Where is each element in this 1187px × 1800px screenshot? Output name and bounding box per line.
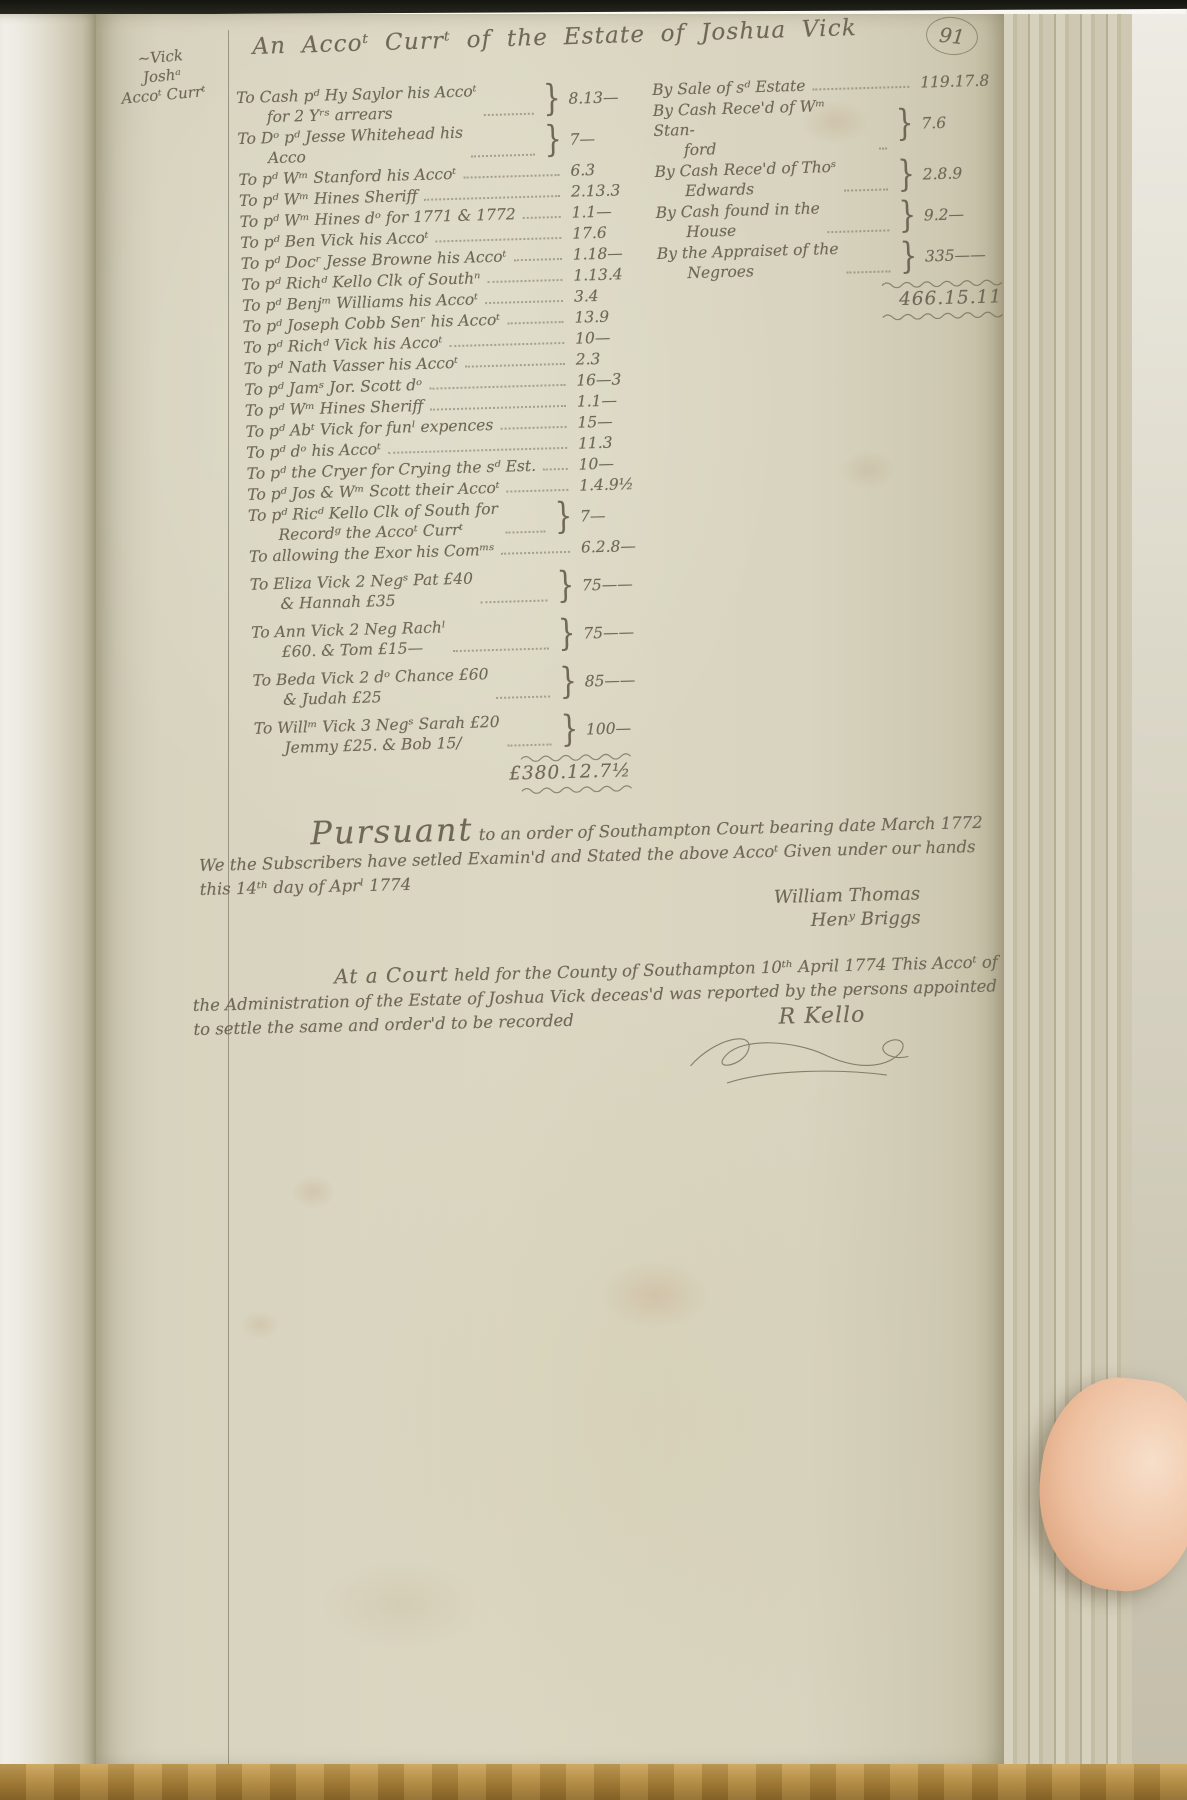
entry-description: By the Appraiset of theNegroes (657, 239, 840, 284)
brace-mark: } (544, 124, 562, 157)
dotted-leader (465, 362, 565, 368)
dotted-leader (523, 215, 561, 219)
entry-amount: 75—— (579, 622, 654, 644)
entry-amount: 15— (573, 411, 648, 433)
dotted-leader (844, 187, 888, 191)
ledger-entry: To Ann Vick 2 Neg Rachˡ£60. & Tom £15—}7… (251, 612, 654, 663)
dotted-leader (463, 173, 559, 179)
entry-amount: 1.4.9½ (575, 474, 650, 496)
entry-amount: 100— (582, 718, 657, 740)
dotted-leader (388, 446, 567, 454)
dotted-leader (506, 530, 546, 534)
entry-description: By Cash found in theHouse (655, 198, 820, 243)
margin-note: ~VickJoshᵃAccoᵗ Currᵗ (98, 43, 226, 111)
dotted-leader (507, 742, 551, 746)
entry-line: House (686, 218, 821, 242)
entry-amount: 6.3 (566, 159, 641, 181)
dotted-leader (453, 646, 549, 652)
brace-mark: } (898, 199, 916, 232)
brace-mark: } (900, 240, 918, 273)
entry-amount: 119.17.8 (916, 70, 1001, 92)
court-record-paragraph: At a Court held for the County of Southa… (192, 948, 1017, 1110)
brace-mark: } (543, 83, 561, 116)
entry-amount: 1.13.4 (569, 264, 644, 286)
brace-mark: } (555, 501, 573, 534)
entry-amount: 16—3 (572, 369, 647, 391)
dotted-leader (429, 383, 565, 390)
dotted-leader (846, 269, 890, 273)
entry-amount: 17.6 (568, 222, 643, 244)
dotted-leader (485, 299, 563, 304)
entry-amount: 1.1— (567, 201, 642, 223)
certification-lead-word: Pursuant (310, 810, 474, 852)
brace-mark: } (558, 618, 576, 651)
entry-description: To Eliza Vick 2 Negˢ Pat £40& Hannah £35 (250, 569, 474, 615)
certification-paragraph: Pursuant to an order of Southampton Cour… (198, 798, 1013, 948)
entry-description: To pᵈ dᵒ his Accoᵗ (246, 439, 381, 463)
debit-entries: To Cash pᵈ Hy Saylor his Accoᵗfor 2 Yʳˢ … (236, 77, 657, 759)
book-gutter-page-stack (0, 14, 100, 1774)
brace-mark: } (559, 666, 577, 699)
entry-line: By Cash Rece'd of Wᵐ Stan- (653, 95, 872, 141)
entry-amount: 10— (574, 453, 649, 475)
entry-amount: 11.3 (574, 432, 649, 454)
dotted-leader (425, 194, 561, 201)
brace-mark: } (561, 713, 579, 746)
entry-amount: 13.9 (570, 306, 645, 328)
entry-amount: 8.13— (564, 87, 639, 109)
dotted-leader (484, 112, 534, 116)
dotted-leader (481, 599, 548, 604)
entry-line: Edwards (685, 177, 837, 201)
ledger-entry: By Cash Rece'd of Wᵐ Stan-ford}7.6 (653, 91, 1003, 161)
dotted-leader (436, 236, 562, 243)
entry-amount: 6.2.8— (577, 536, 652, 558)
entry-line: & Hannah £35 (280, 589, 474, 614)
dotted-leader (496, 694, 550, 699)
photographed-ledger-page: { "page": { "number": "91", "margin_note… (0, 0, 1187, 1800)
entry-amount: 9.2— (920, 203, 1005, 225)
debit-total: £380.12.7½ (509, 760, 632, 784)
court-record-lead-words: At a Court (334, 962, 449, 989)
dotted-leader (430, 404, 566, 411)
signature: William Thomas (774, 882, 921, 910)
entry-amount: 2.3 (571, 348, 646, 370)
entry-description: To pᵈ Ricᵈ Kello Clk of South forRecordᵍ… (248, 499, 499, 546)
entry-line: Negroes (687, 259, 839, 283)
entry-description: To Dᵒ pᵈ Jesse Whitehead hisAcco (237, 123, 464, 169)
brace-mark: } (897, 158, 915, 191)
dotted-leader (501, 550, 570, 555)
entry-amount: 3.4 (570, 285, 645, 307)
entry-description: To Willᵐ Vick 3 Negˢ Sarah £20Jemmy £25.… (254, 712, 501, 759)
entry-description: To Ann Vick 2 Neg Rachˡ£60. & Tom £15— (251, 617, 446, 662)
credit-column: By Sale of sᵈ Estate119.17.8By Cash Rece… (652, 70, 1007, 327)
dotted-leader (507, 488, 569, 493)
dotted-leader (812, 85, 909, 91)
dotted-leader (543, 467, 568, 471)
entry-amount: 2.8.9 (918, 162, 1003, 184)
signature: Henʸ Briggs (810, 906, 920, 933)
entry-amount: 7.6 (917, 111, 1001, 133)
entry-amount: 1.18— (569, 243, 644, 265)
entry-amount: 7— (565, 128, 640, 150)
dotted-leader (500, 425, 566, 430)
dotted-leader (513, 257, 561, 261)
entry-description: To Cash pᵈ Hy Saylor his Accoᵗfor 2 Yʳˢ … (236, 81, 477, 128)
ledger-entry: By the Appraiset of theNegroes}335—— (657, 234, 1006, 284)
credit-total: 466.15.11 (899, 286, 1003, 310)
credit-entries: By Sale of sᵈ Estate119.17.8By Cash Rece… (652, 70, 1006, 284)
entry-amount: 75—— (578, 574, 653, 596)
entry-line: £60. & Tom £15— (281, 637, 446, 662)
entry-description: By Cash Rece'd of ThoˢEdwards (654, 157, 837, 202)
entry-amount: 7— (576, 505, 651, 527)
dotted-leader (450, 341, 565, 347)
dotted-leader (507, 320, 564, 325)
entry-amount: 1.1— (573, 390, 648, 412)
dotted-leader (471, 153, 536, 158)
dotted-leader (487, 278, 562, 283)
entry-amount: 335—— (921, 244, 1006, 266)
debit-column: To Cash pᵈ Hy Saylor his Accoᵗfor 2 Yʳˢ … (236, 77, 658, 802)
entry-description: By Cash Rece'd of Wᵐ Stan-ford (653, 95, 873, 161)
ledger-entry: To Eliza Vick 2 Negˢ Pat £40& Hannah £35… (250, 564, 653, 615)
entry-amount: 85—— (580, 670, 655, 692)
wooden-table-edge (0, 1764, 1187, 1800)
brace-mark: } (557, 570, 575, 603)
ledger-entry: To Beda Vick 2 dᵒ Chance £60& Judah £25}… (252, 660, 655, 711)
brace-mark: } (896, 108, 914, 141)
entry-description: To Beda Vick 2 dᵒ Chance £60& Judah £25 (252, 664, 489, 711)
entry-line: To pᵈ dᵒ his Accoᵗ (246, 439, 381, 463)
entry-amount: 10— (571, 327, 646, 349)
entry-amount: 2.13.3 (567, 180, 642, 202)
dotted-leader (879, 146, 887, 149)
dotted-leader (827, 228, 889, 233)
